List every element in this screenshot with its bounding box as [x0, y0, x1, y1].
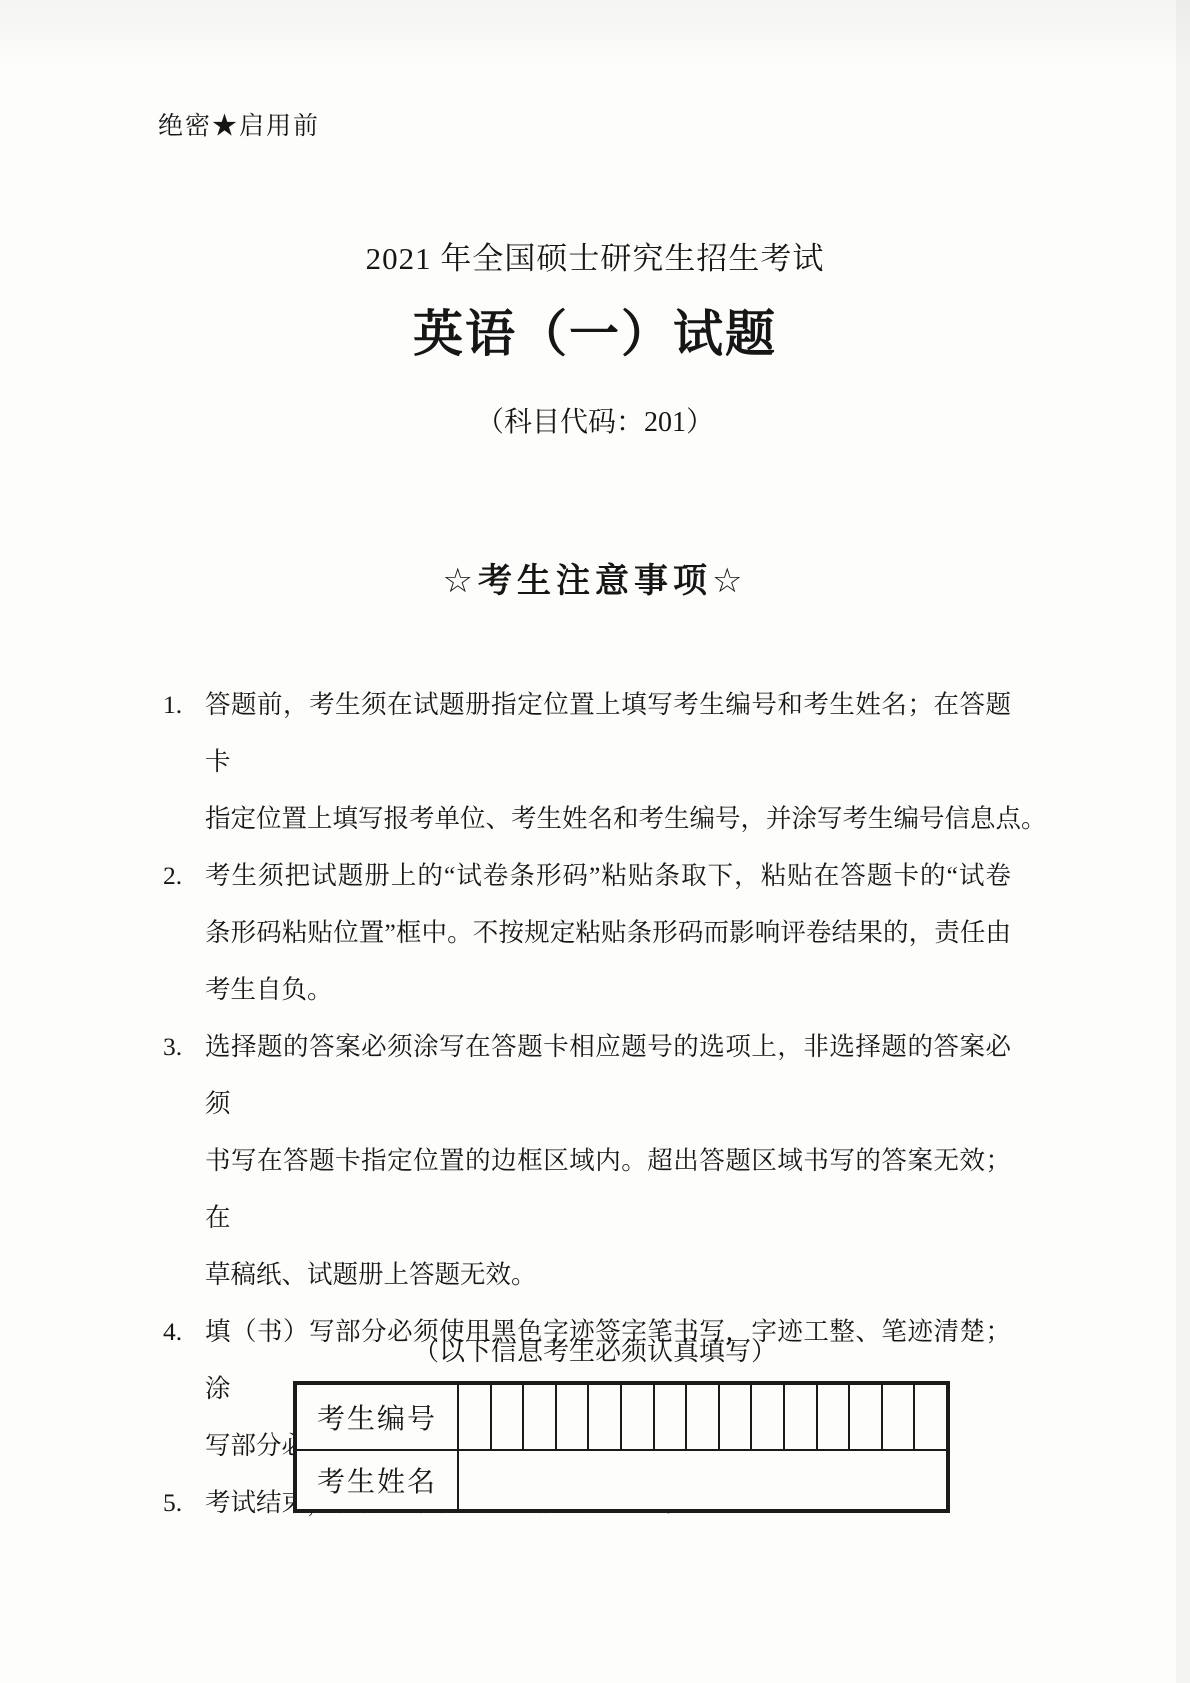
candidate-name-row: 考生姓名 [297, 1451, 946, 1509]
candidate-number-digit-cell [687, 1385, 720, 1449]
candidate-number-row: 考生编号 [297, 1385, 946, 1451]
notice-text-line: 条形码粘贴位置”框中。不按规定粘贴条形码而影响评卷结果的，责任由 [205, 904, 1011, 961]
candidate-number-label: 考生编号 [297, 1385, 459, 1449]
notice-text-line: 答题前，考生须在试题册指定位置上填写考生编号和考生姓名；在答题卡 [205, 676, 1011, 790]
candidate-name-cell [459, 1451, 946, 1509]
notice-text-line: 草稿纸、试题册上答题无效。 [205, 1246, 1011, 1303]
notice-text-line: 考生自负。 [205, 961, 1011, 1018]
notice-item-1: 1. 答题前，考生须在试题册指定位置上填写考生编号和考生姓名；在答题卡 指定位置… [163, 676, 1011, 847]
notice-item-2: 2. 考生须把试题册上的“试卷条形码”粘贴条取下，粘贴在答题卡的“试卷 条形码粘… [163, 847, 1011, 1018]
fill-instruction-note: （以下信息考生必须认真填写） [0, 1331, 1190, 1368]
candidate-number-digit-cell [752, 1385, 785, 1449]
candidate-number-digit-cell [524, 1385, 557, 1449]
candidate-number-digit-cell [785, 1385, 818, 1449]
subject-title: 英语（一）试题 [0, 294, 1190, 366]
notice-number: 2. [163, 847, 182, 904]
notice-number: 3. [163, 1018, 182, 1075]
candidate-number-digit-cell [818, 1385, 851, 1449]
candidate-number-digit-cell [655, 1385, 688, 1449]
candidate-info-table: 考生编号 考生姓名 [293, 1381, 950, 1513]
candidate-number-digit-cell [883, 1385, 916, 1449]
notice-text-line: 选择题的答案必须涂写在答题卡相应题号的选项上，非选择题的答案必须 [205, 1018, 1011, 1132]
candidate-number-digit-cell [557, 1385, 590, 1449]
candidate-number-cells [459, 1385, 946, 1449]
notice-text-line: 考生须把试题册上的“试卷条形码”粘贴条取下，粘贴在答题卡的“试卷 [205, 847, 1011, 904]
exam-cover-page: 绝密★启用前 2021 年全国硕士研究生招生考试 英语（一）试题 （科目代码：2… [0, 0, 1190, 1683]
candidate-number-digit-cell [589, 1385, 622, 1449]
exam-session-title: 2021 年全国硕士研究生招生考试 [0, 233, 1190, 278]
classification-label: 绝密★启用前 [158, 106, 320, 142]
candidate-number-digit-cell [459, 1385, 492, 1449]
candidate-number-digit-cell [492, 1385, 525, 1449]
subject-code: （科目代码：201） [0, 400, 1190, 440]
candidate-number-digit-cell [915, 1385, 946, 1449]
notices-heading: ☆考生注意事项☆ [0, 553, 1190, 602]
notice-text-line: 书写在答题卡指定位置的边框区域内。超出答题区域书写的答案无效；在 [205, 1132, 1011, 1246]
candidate-number-digit-cell [720, 1385, 753, 1449]
notice-text-line: 指定位置上填写报考单位、考生姓名和考生编号，并涂写考生编号信息点。 [205, 790, 1011, 847]
notice-item-3: 3. 选择题的答案必须涂写在答题卡相应题号的选项上，非选择题的答案必须 书写在答… [163, 1018, 1011, 1303]
candidate-name-label: 考生姓名 [297, 1451, 459, 1509]
notice-number: 5. [163, 1474, 182, 1531]
notice-number: 1. [163, 676, 182, 733]
candidate-number-digit-cell [622, 1385, 655, 1449]
candidate-number-digit-cell [850, 1385, 883, 1449]
